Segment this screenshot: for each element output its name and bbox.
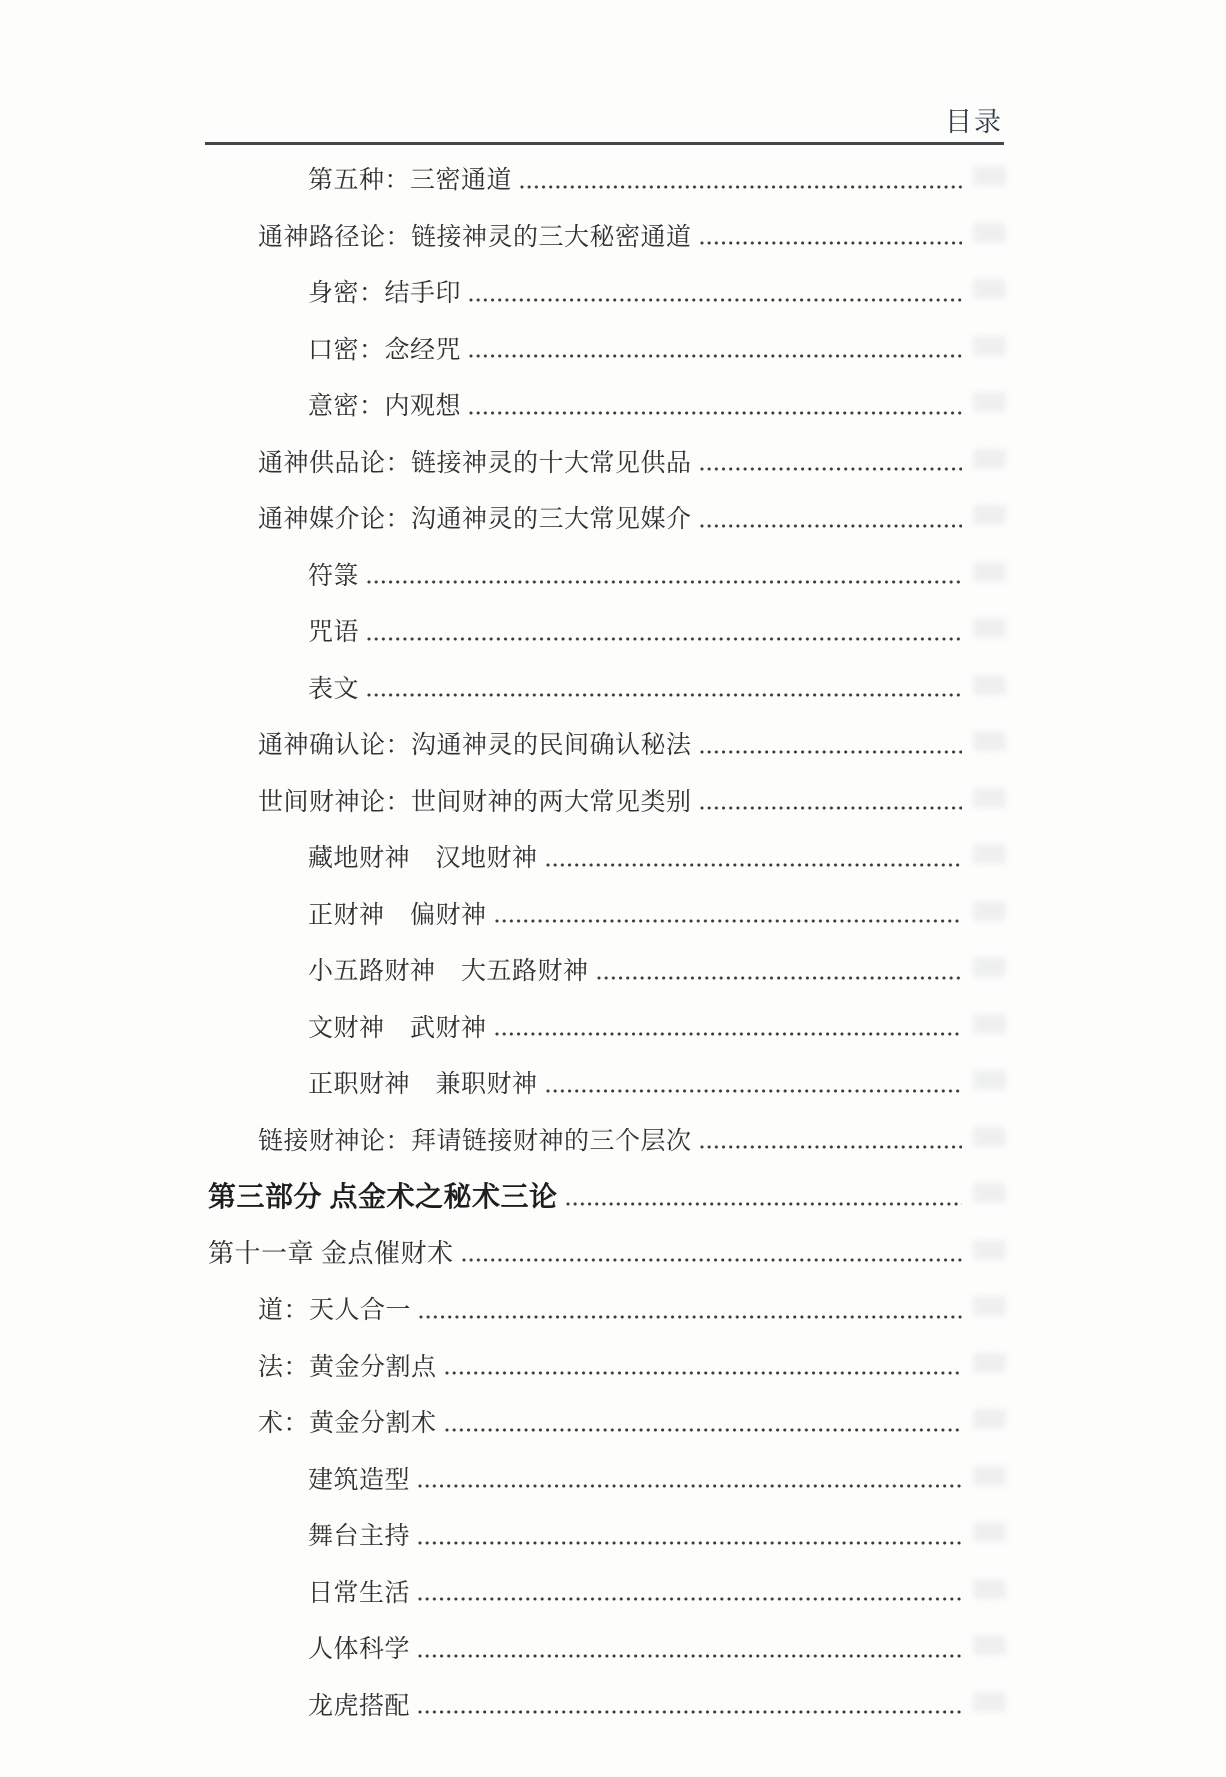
toc-entry-label: 身密：结手印 — [308, 273, 461, 309]
toc-entry: 咒语 — [208, 602, 964, 659]
toc-entry-label: 通神供品论：链接神灵的十大常见供品 — [258, 443, 692, 479]
dot-leader — [494, 1013, 962, 1038]
dot-leader — [699, 1126, 962, 1151]
toc-entry-label: 日常生活 — [308, 1573, 410, 1609]
toc-entry-label: 法：黄金分割点 — [258, 1347, 437, 1383]
page-number-smudge — [973, 1635, 1006, 1655]
page-number-smudge — [973, 1240, 1006, 1260]
page-number-smudge — [973, 1353, 1006, 1373]
toc-entry: 第十一章 金点催财术 — [208, 1224, 964, 1281]
page-number-smudge — [973, 1579, 1006, 1599]
toc-entry: 表文 — [208, 659, 964, 716]
toc-entry-label: 链接财神论：拜请链接财神的三个层次 — [258, 1121, 692, 1157]
dot-leader — [366, 618, 962, 643]
dot-leader — [699, 448, 962, 473]
dot-leader — [444, 1352, 962, 1377]
toc-entry-label: 第十一章 金点催财术 — [208, 1233, 454, 1270]
page-number-smudge — [973, 901, 1006, 921]
page-number-smudge — [973, 1409, 1006, 1429]
page-number-smudge — [973, 336, 1006, 356]
dot-leader — [417, 1635, 962, 1660]
dot-leader — [468, 279, 962, 304]
toc-entry-label: 口密：念经咒 — [308, 330, 461, 366]
toc-entry-label: 第三部分 点金术之秘术三论 — [208, 1175, 558, 1215]
dot-leader — [444, 1409, 962, 1434]
toc-entry: 建筑造型 — [208, 1450, 964, 1507]
toc-entry: 身密：结手印 — [208, 263, 964, 320]
toc-entry-label: 术：黄金分割术 — [258, 1403, 437, 1439]
toc-entry-label: 建筑造型 — [308, 1460, 410, 1496]
dot-leader — [545, 844, 962, 869]
toc-entry: 术：黄金分割术 — [208, 1393, 964, 1450]
page-number-smudge — [973, 844, 1006, 864]
toc-entry: 口密：念经咒 — [208, 320, 964, 377]
page-number-smudge — [973, 279, 1006, 299]
toc-entry-label: 正职财神 兼职财神 — [308, 1064, 538, 1100]
toc-entry: 法：黄金分割点 — [208, 1337, 964, 1394]
toc-entry-label: 藏地财神 汉地财神 — [308, 838, 538, 874]
page-number-smudge — [973, 166, 1006, 186]
toc-entry: 小五路财神 大五路财神 — [208, 941, 964, 998]
dot-leader — [596, 957, 962, 982]
dot-leader — [366, 674, 962, 699]
toc-entry-label: 文财神 武财神 — [308, 1008, 487, 1044]
toc-entry-label: 道：天人合一 — [258, 1290, 411, 1326]
toc-entry-label: 表文 — [308, 669, 359, 705]
page-number-smudge — [973, 562, 1006, 582]
toc-entry-label: 舞台主持 — [308, 1516, 410, 1552]
toc-entry: 道：天人合一 — [208, 1280, 964, 1337]
dot-leader — [468, 335, 962, 360]
dot-leader — [699, 222, 962, 247]
toc-entry-label: 通神确认论：沟通神灵的民间确认秘法 — [258, 725, 692, 761]
toc-entry: 正财神 偏财神 — [208, 885, 964, 942]
toc-entry: 链接财神论：拜请链接财神的三个层次 — [208, 1111, 964, 1168]
page-number-smudge — [973, 731, 1006, 751]
toc-entry: 世间财神论：世间财神的两大常见类别 — [208, 772, 964, 829]
toc-entry: 第五种：三密通道 — [208, 150, 964, 207]
toc-entry-label: 小五路财神 大五路财神 — [308, 951, 589, 987]
toc-entry: 第三部分 点金术之秘术三论 — [208, 1167, 964, 1224]
page-number-smudge — [973, 505, 1006, 525]
dot-leader — [417, 1522, 962, 1547]
dot-leader — [418, 1296, 962, 1321]
dot-leader — [417, 1578, 962, 1603]
dot-leader — [461, 1239, 962, 1264]
page-number-smudge — [973, 392, 1006, 412]
dot-leader — [519, 166, 962, 191]
toc-entry: 人体科学 — [208, 1619, 964, 1676]
toc-entry-label: 人体科学 — [308, 1629, 410, 1665]
page-number-smudge — [973, 223, 1006, 243]
dot-leader — [366, 561, 962, 586]
dot-leader — [468, 392, 962, 417]
dot-leader — [699, 505, 962, 530]
dot-leader — [417, 1465, 962, 1490]
page-number-smudge — [973, 1183, 1006, 1203]
page-number-smudge — [973, 675, 1006, 695]
toc-entry-label: 通神路径论：链接神灵的三大秘密通道 — [258, 217, 692, 253]
page-header-title: 目录 — [945, 106, 1003, 138]
page-number-smudge — [973, 957, 1006, 977]
page-number-smudge — [973, 1070, 1006, 1090]
page-number-smudge — [973, 1014, 1006, 1034]
toc-entry-label: 符箓 — [308, 556, 359, 592]
page-number-smudge — [973, 1522, 1006, 1542]
page-number-smudge — [973, 1127, 1006, 1147]
page-number-smudge — [973, 449, 1006, 469]
toc-entry: 藏地财神 汉地财神 — [208, 828, 964, 885]
toc-entry: 通神确认论：沟通神灵的民间确认秘法 — [208, 715, 964, 772]
toc-entry: 通神路径论：链接神灵的三大秘密通道 — [208, 207, 964, 264]
dot-leader — [417, 1691, 962, 1716]
toc-entry-label: 第五种：三密通道 — [308, 160, 512, 196]
dot-leader — [494, 900, 962, 925]
page-number-smudge — [973, 788, 1006, 808]
header-rule — [205, 142, 1004, 145]
toc-entry-label: 通神媒介论：沟通神灵的三大常见媒介 — [258, 499, 692, 535]
scanned-toc-page: 目录 第五种：三密通道 通神路径论：链接神灵的三大秘密通道 身密：结手印 口密：… — [0, 0, 1226, 1777]
toc-entry: 日常生活 — [208, 1563, 964, 1620]
page-number-smudge — [973, 1466, 1006, 1486]
dot-leader — [699, 731, 962, 756]
dot-leader — [699, 787, 962, 812]
page-number-smudge — [973, 618, 1006, 638]
dot-leader — [545, 1070, 962, 1095]
toc-entry: 通神供品论：链接神灵的十大常见供品 — [208, 433, 964, 490]
toc-entry-label: 咒语 — [308, 612, 359, 648]
toc-entry: 龙虎搭配 — [208, 1676, 964, 1733]
toc-entry: 舞台主持 — [208, 1506, 964, 1563]
toc-entry-label: 世间财神论：世间财神的两大常见类别 — [258, 782, 692, 818]
toc-list: 第五种：三密通道 通神路径论：链接神灵的三大秘密通道 身密：结手印 口密：念经咒… — [208, 150, 964, 1732]
toc-entry-label: 龙虎搭配 — [308, 1686, 410, 1722]
dot-leader — [565, 1183, 962, 1208]
page-number-smudge — [973, 1296, 1006, 1316]
toc-entry: 符箓 — [208, 546, 964, 603]
toc-entry: 意密：内观想 — [208, 376, 964, 433]
toc-entry: 正职财神 兼职财神 — [208, 1054, 964, 1111]
toc-entry: 通神媒介论：沟通神灵的三大常见媒介 — [208, 489, 964, 546]
toc-entry-label: 意密：内观想 — [308, 386, 461, 422]
toc-entry: 文财神 武财神 — [208, 998, 964, 1055]
page-number-smudge — [973, 1692, 1006, 1712]
toc-entry-label: 正财神 偏财神 — [308, 895, 487, 931]
